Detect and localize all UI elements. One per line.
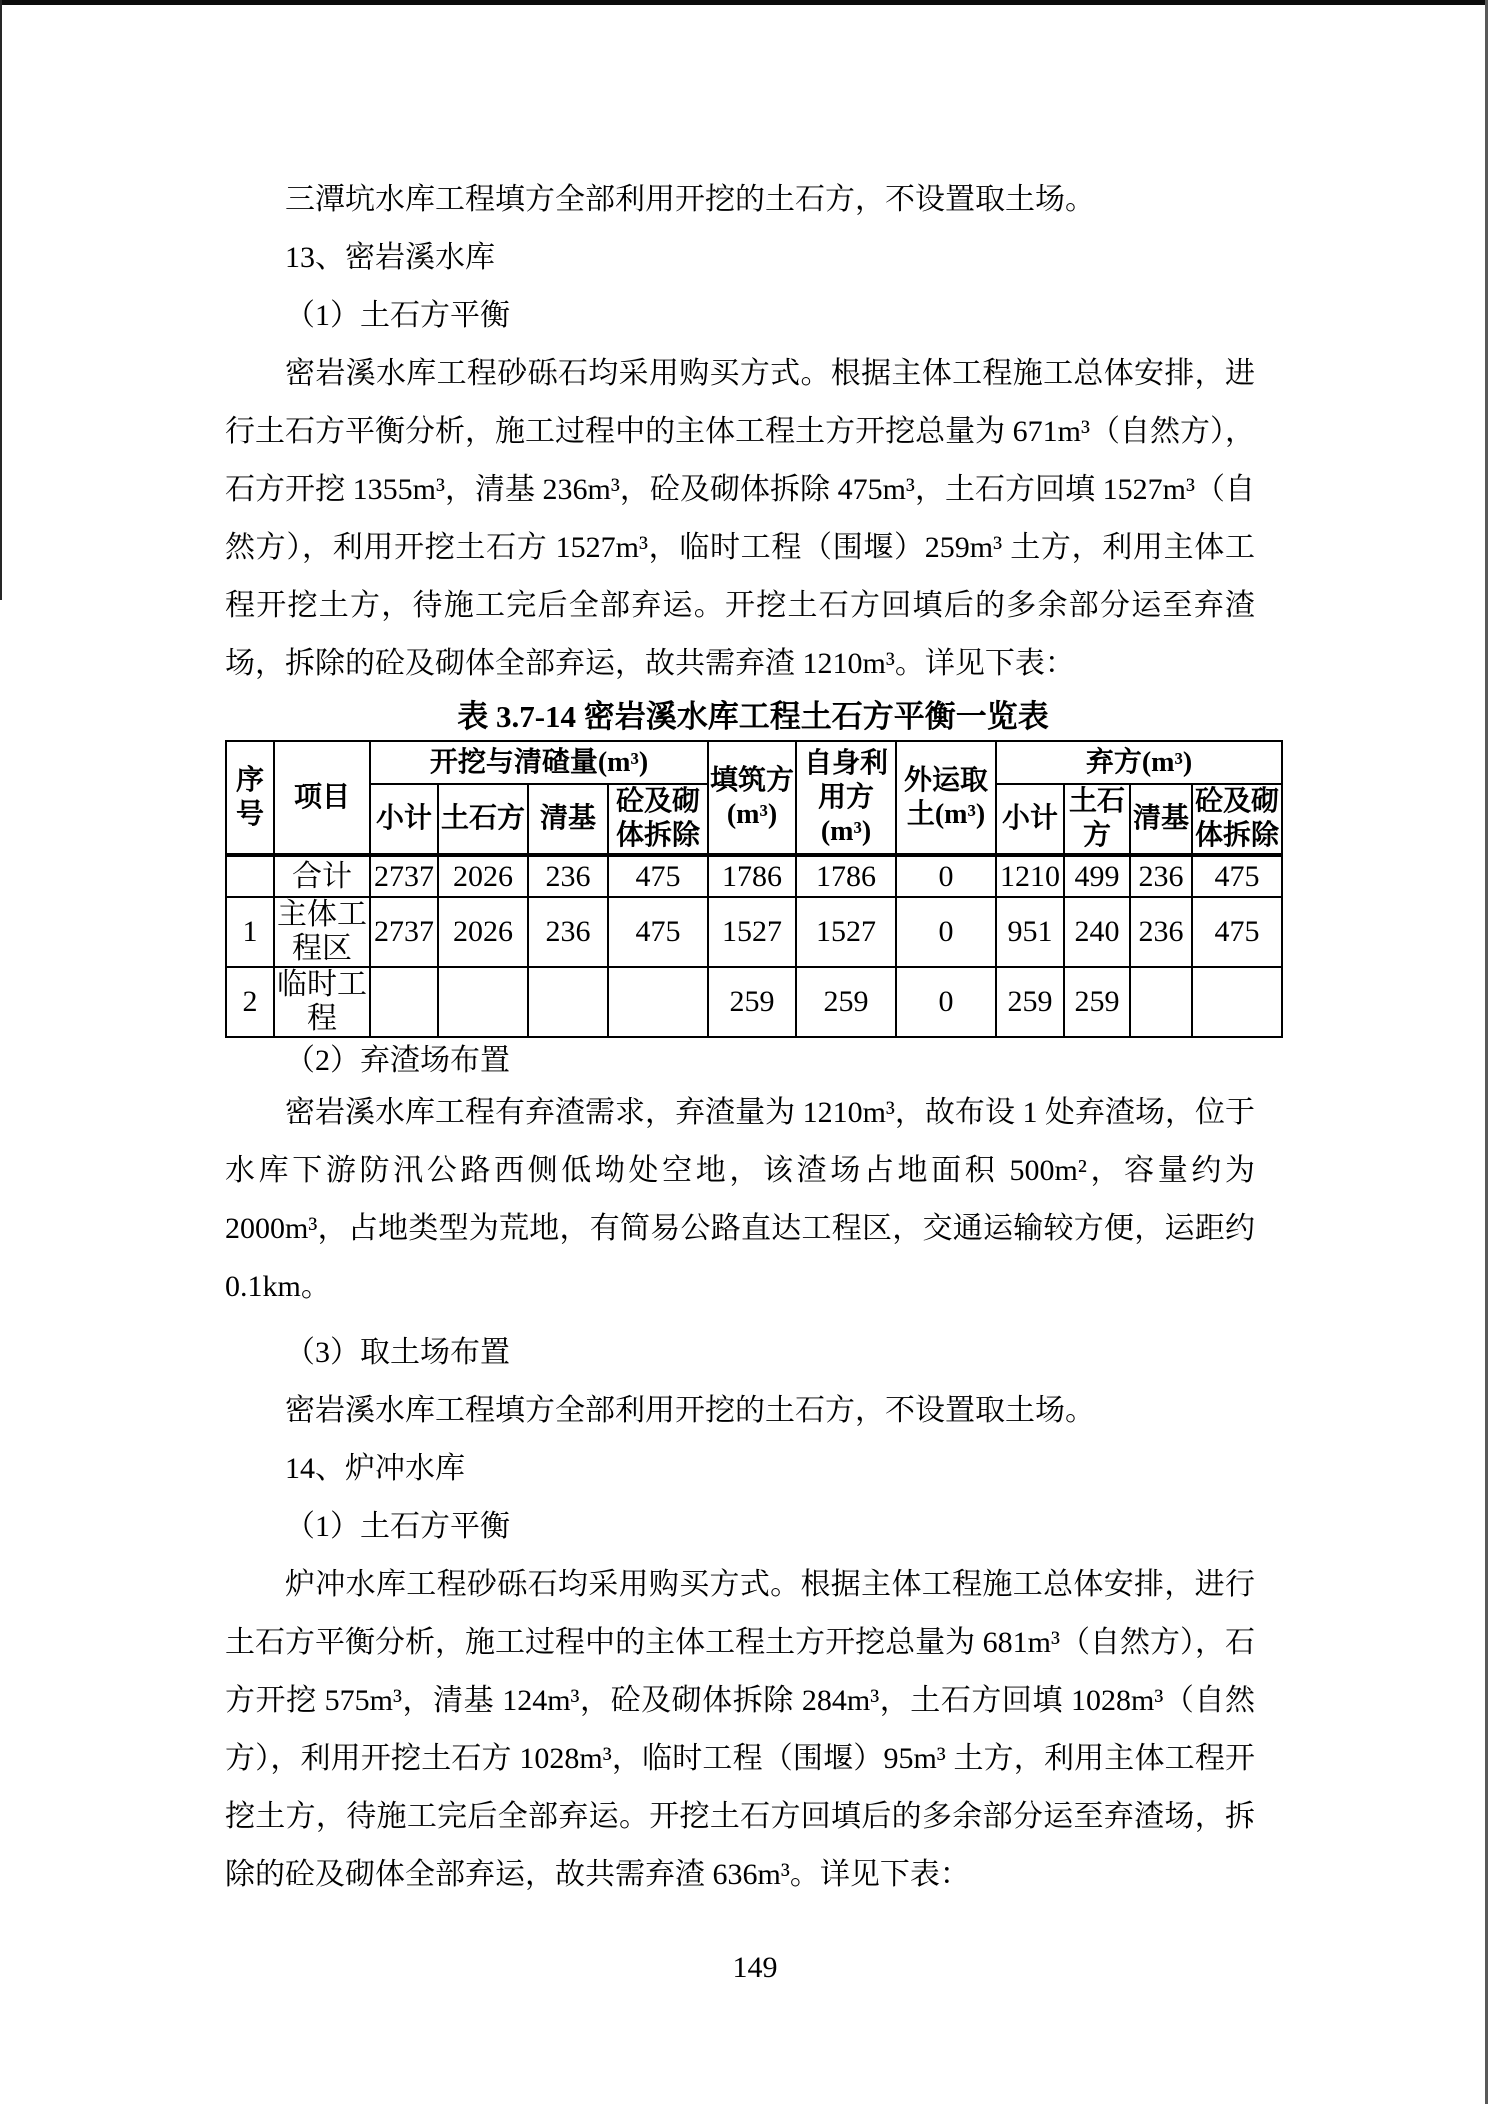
cell-value: 236 — [1130, 855, 1192, 897]
cell-value: 2737 — [370, 855, 438, 897]
document-page: 三潭坑水库工程填方全部利用开挖的土石方，不设置取土场。 13、密岩溪水库 （1）… — [0, 0, 1488, 2104]
heading-13-1-earthwork-balance: （1）土石方平衡 — [225, 287, 1255, 345]
document-body: 三潭坑水库工程填方全部利用开挖的土石方，不设置取土场。 13、密岩溪水库 （1）… — [225, 171, 1255, 1904]
cell-value: 1527 — [708, 897, 796, 967]
header-xiangmu: 项目 — [274, 741, 370, 855]
cell-value: 259 — [1064, 967, 1130, 1037]
cell-item: 主体工程区 — [274, 897, 370, 967]
cell-value: 259 — [796, 967, 896, 1037]
cell-item: 临时工程 — [274, 967, 370, 1037]
heading-13-miyanxi: 13、密岩溪水库 — [225, 229, 1255, 287]
cell-value: 475 — [1192, 855, 1282, 897]
cell-value — [1130, 967, 1192, 1037]
cell-value: 475 — [1192, 897, 1282, 967]
cell-value: 2026 — [438, 855, 528, 897]
subheader-subtotal-2: 小计 — [996, 784, 1064, 855]
page-left-border — [0, 0, 2, 600]
earthwork-balance-table: 序号 项目 开挖与清碴量(m³) 填筑方(m³) 自身利用方(m³) 外运取土(… — [225, 740, 1283, 1038]
cell-value — [370, 967, 438, 1037]
cell-value: 259 — [996, 967, 1064, 1037]
paragraph-spoil-area: 密岩溪水库工程有弃渣需求，弃渣量为 1210m³，故布设 1 处弃渣场，位于水库… — [225, 1084, 1255, 1316]
cell-value: 0 — [896, 897, 996, 967]
cell-value: 0 — [896, 855, 996, 897]
subheader-clearing-1: 清基 — [528, 784, 608, 855]
subheader-earthrock-1: 土石方 — [438, 784, 528, 855]
cell-item: 合计 — [274, 855, 370, 897]
cell-value — [528, 967, 608, 1037]
cell-value: 0 — [896, 967, 996, 1037]
cell-no — [226, 855, 274, 897]
page-top-border — [0, 0, 1488, 5]
header-xuhao: 序号 — [226, 741, 274, 855]
header-group-excavation: 开挖与清碴量(m³) — [370, 741, 708, 784]
subheader-concrete-2: 砼及砌体拆除 — [1192, 784, 1282, 855]
table-caption: 表 3.7-14 密岩溪水库工程土石方平衡一览表 — [225, 693, 1281, 740]
cell-value — [438, 967, 528, 1037]
cell-value — [1192, 967, 1282, 1037]
paragraph-luchong-balance: 炉冲水库工程砂砾石均采用购买方式。根据主体工程施工总体安排，进行土石方平衡分析，… — [225, 1556, 1255, 1904]
table-row-total: 合计 2737 2026 236 475 1786 1786 0 1210 49… — [226, 855, 1282, 897]
cell-value: 2737 — [370, 897, 438, 967]
header-self-use: 自身利用方(m³) — [796, 741, 896, 855]
cell-value: 236 — [1130, 897, 1192, 967]
cell-value: 475 — [608, 855, 708, 897]
cell-value: 1786 — [796, 855, 896, 897]
heading-14-1-earthwork-balance: （1）土石方平衡 — [225, 1498, 1255, 1556]
cell-value — [608, 967, 708, 1037]
heading-13-3-borrow-area: （3）取土场布置 — [225, 1324, 1255, 1382]
cell-value: 236 — [528, 855, 608, 897]
header-outsourced: 外运取土(m³) — [896, 741, 996, 855]
subheader-clearing-2: 清基 — [1130, 784, 1192, 855]
cell-no: 2 — [226, 967, 274, 1037]
cell-value: 951 — [996, 897, 1064, 967]
paragraph-miyanxi-balance: 密岩溪水库工程砂砾石均采用购买方式。根据主体工程施工总体安排，进行土石方平衡分析… — [225, 345, 1255, 693]
heading-13-2-spoil-area: （2）弃渣场布置 — [225, 1038, 1255, 1084]
heading-14-luchong: 14、炉冲水库 — [225, 1440, 1255, 1498]
cell-value: 259 — [708, 967, 796, 1037]
cell-value: 1210 — [996, 855, 1064, 897]
table-row-main-works: 1 主体工程区 2737 2026 236 475 1527 1527 0 95… — [226, 897, 1282, 967]
cell-no: 1 — [226, 897, 274, 967]
subheader-concrete-1: 砼及砌体拆除 — [608, 784, 708, 855]
cell-value: 1527 — [796, 897, 896, 967]
cell-value: 499 — [1064, 855, 1130, 897]
cell-value: 1786 — [708, 855, 796, 897]
cell-value: 240 — [1064, 897, 1130, 967]
page-number: 149 — [0, 1948, 1488, 1988]
header-group-spoil: 弃方(m³) — [996, 741, 1282, 784]
cell-value: 475 — [608, 897, 708, 967]
paragraph-santankeng-borrow: 三潭坑水库工程填方全部利用开挖的土石方，不设置取土场。 — [225, 171, 1255, 229]
header-fill: 填筑方(m³) — [708, 741, 796, 855]
paragraph-borrow-area: 密岩溪水库工程填方全部利用开挖的土石方，不设置取土场。 — [225, 1382, 1255, 1440]
cell-value: 2026 — [438, 897, 528, 967]
subheader-earthrock-2: 土石方 — [1064, 784, 1130, 855]
cell-value: 236 — [528, 897, 608, 967]
subheader-subtotal-1: 小计 — [370, 784, 438, 855]
table-row-temporary-works: 2 临时工程 259 259 0 259 259 — [226, 967, 1282, 1037]
